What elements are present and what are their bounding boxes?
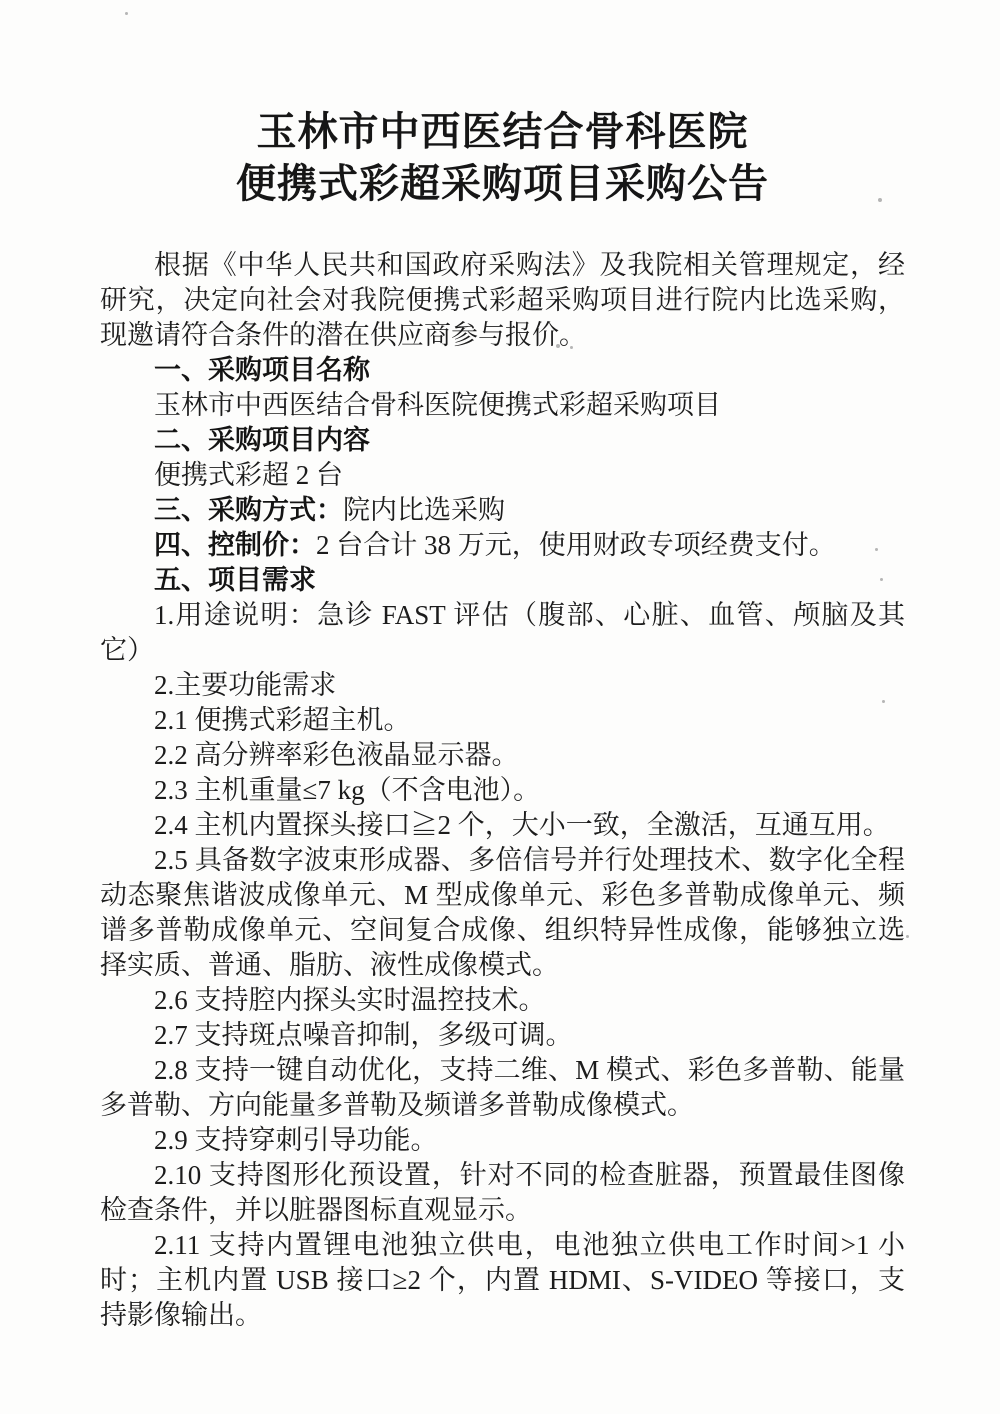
- section-4-line: 四、控制价：2 台合计 38 万元，使用财政专项经费支付。: [100, 528, 905, 563]
- scan-speck: [556, 344, 560, 348]
- section-5-heading: 五、项目需求: [100, 563, 905, 598]
- requirement-item-2-2: 2.2 高分辨率彩色液晶显示器。: [100, 738, 905, 773]
- requirement-item-2-6: 2.6 支持腔内探头实时温控技术。: [100, 983, 905, 1018]
- document-body: 根据《中华人民共和国政府采购法》及我院相关管理规定，经研究，决定向社会对我院便携…: [100, 248, 905, 1333]
- section-1-body: 玉林市中西医结合骨科医院便携式彩超采购项目: [100, 388, 905, 423]
- section-3-heading: 三、采购方式：: [154, 495, 343, 525]
- section-1-heading: 一、采购项目名称: [100, 353, 905, 388]
- section-3-body: 院内比选采购: [343, 495, 505, 525]
- scan-speck: [125, 12, 128, 15]
- document-title-line-1: 玉林市中西医结合骨科医院: [100, 106, 905, 158]
- requirement-item-2-5: 2.5 具备数字波束形成器、多倍信号并行处理技术、数字化全程动态聚焦谐波成像单元…: [100, 843, 905, 983]
- scan-speck: [878, 198, 882, 202]
- requirement-item-1: 1.用途说明：急诊 FAST 评估（腹部、心脏、血管、颅脑及其它）: [100, 598, 905, 668]
- requirement-item-2-4: 2.4 主机内置探头接口≧2 个，大小一致，全激活，互通互用。: [100, 808, 905, 843]
- document-title-line-2: 便携式彩超采购项目采购公告: [100, 158, 905, 210]
- scan-speck: [570, 346, 573, 349]
- section-2-heading: 二、采购项目内容: [100, 423, 905, 458]
- requirement-item-2-3: 2.3 主机重量≤7 kg（不含电池）。: [100, 773, 905, 808]
- section-3-line: 三、采购方式：院内比选采购: [100, 493, 905, 528]
- scan-speck: [875, 548, 878, 551]
- scan-speck: [906, 935, 909, 938]
- requirement-item-2-10: 2.10 支持图形化预设置，针对不同的检查脏器，预置最佳图像检查条件，并以脏器图…: [100, 1158, 905, 1228]
- requirement-item-2-7: 2.7 支持斑点噪音抑制，多级可调。: [100, 1018, 905, 1053]
- section-2-body: 便携式彩超 2 台: [100, 458, 905, 493]
- requirement-item-2: 2.主要功能需求: [100, 668, 905, 703]
- scan-speck: [880, 578, 883, 581]
- document-title: 玉林市中西医结合骨科医院 便携式彩超采购项目采购公告: [100, 106, 905, 210]
- scanned-document-page: 玉林市中西医结合骨科医院 便携式彩超采购项目采购公告 根据《中华人民共和国政府采…: [0, 0, 1000, 1414]
- requirement-item-2-1: 2.1 便携式彩超主机。: [100, 703, 905, 738]
- requirement-item-2-8: 2.8 支持一键自动优化，支持二维、M 模式、彩色多普勒、能量多普勒、方向能量多…: [100, 1053, 905, 1123]
- intro-paragraph: 根据《中华人民共和国政府采购法》及我院相关管理规定，经研究，决定向社会对我院便携…: [100, 248, 905, 353]
- section-4-heading: 四、控制价：: [154, 530, 316, 560]
- requirement-item-2-9: 2.9 支持穿刺引导功能。: [100, 1123, 905, 1158]
- section-4-body: 2 台合计 38 万元，使用财政专项经费支付。: [316, 530, 836, 560]
- requirement-item-2-11: 2.11 支持内置锂电池独立供电，电池独立供电工作时间>1 小时；主机内置 US…: [100, 1228, 905, 1333]
- scan-speck: [882, 700, 885, 703]
